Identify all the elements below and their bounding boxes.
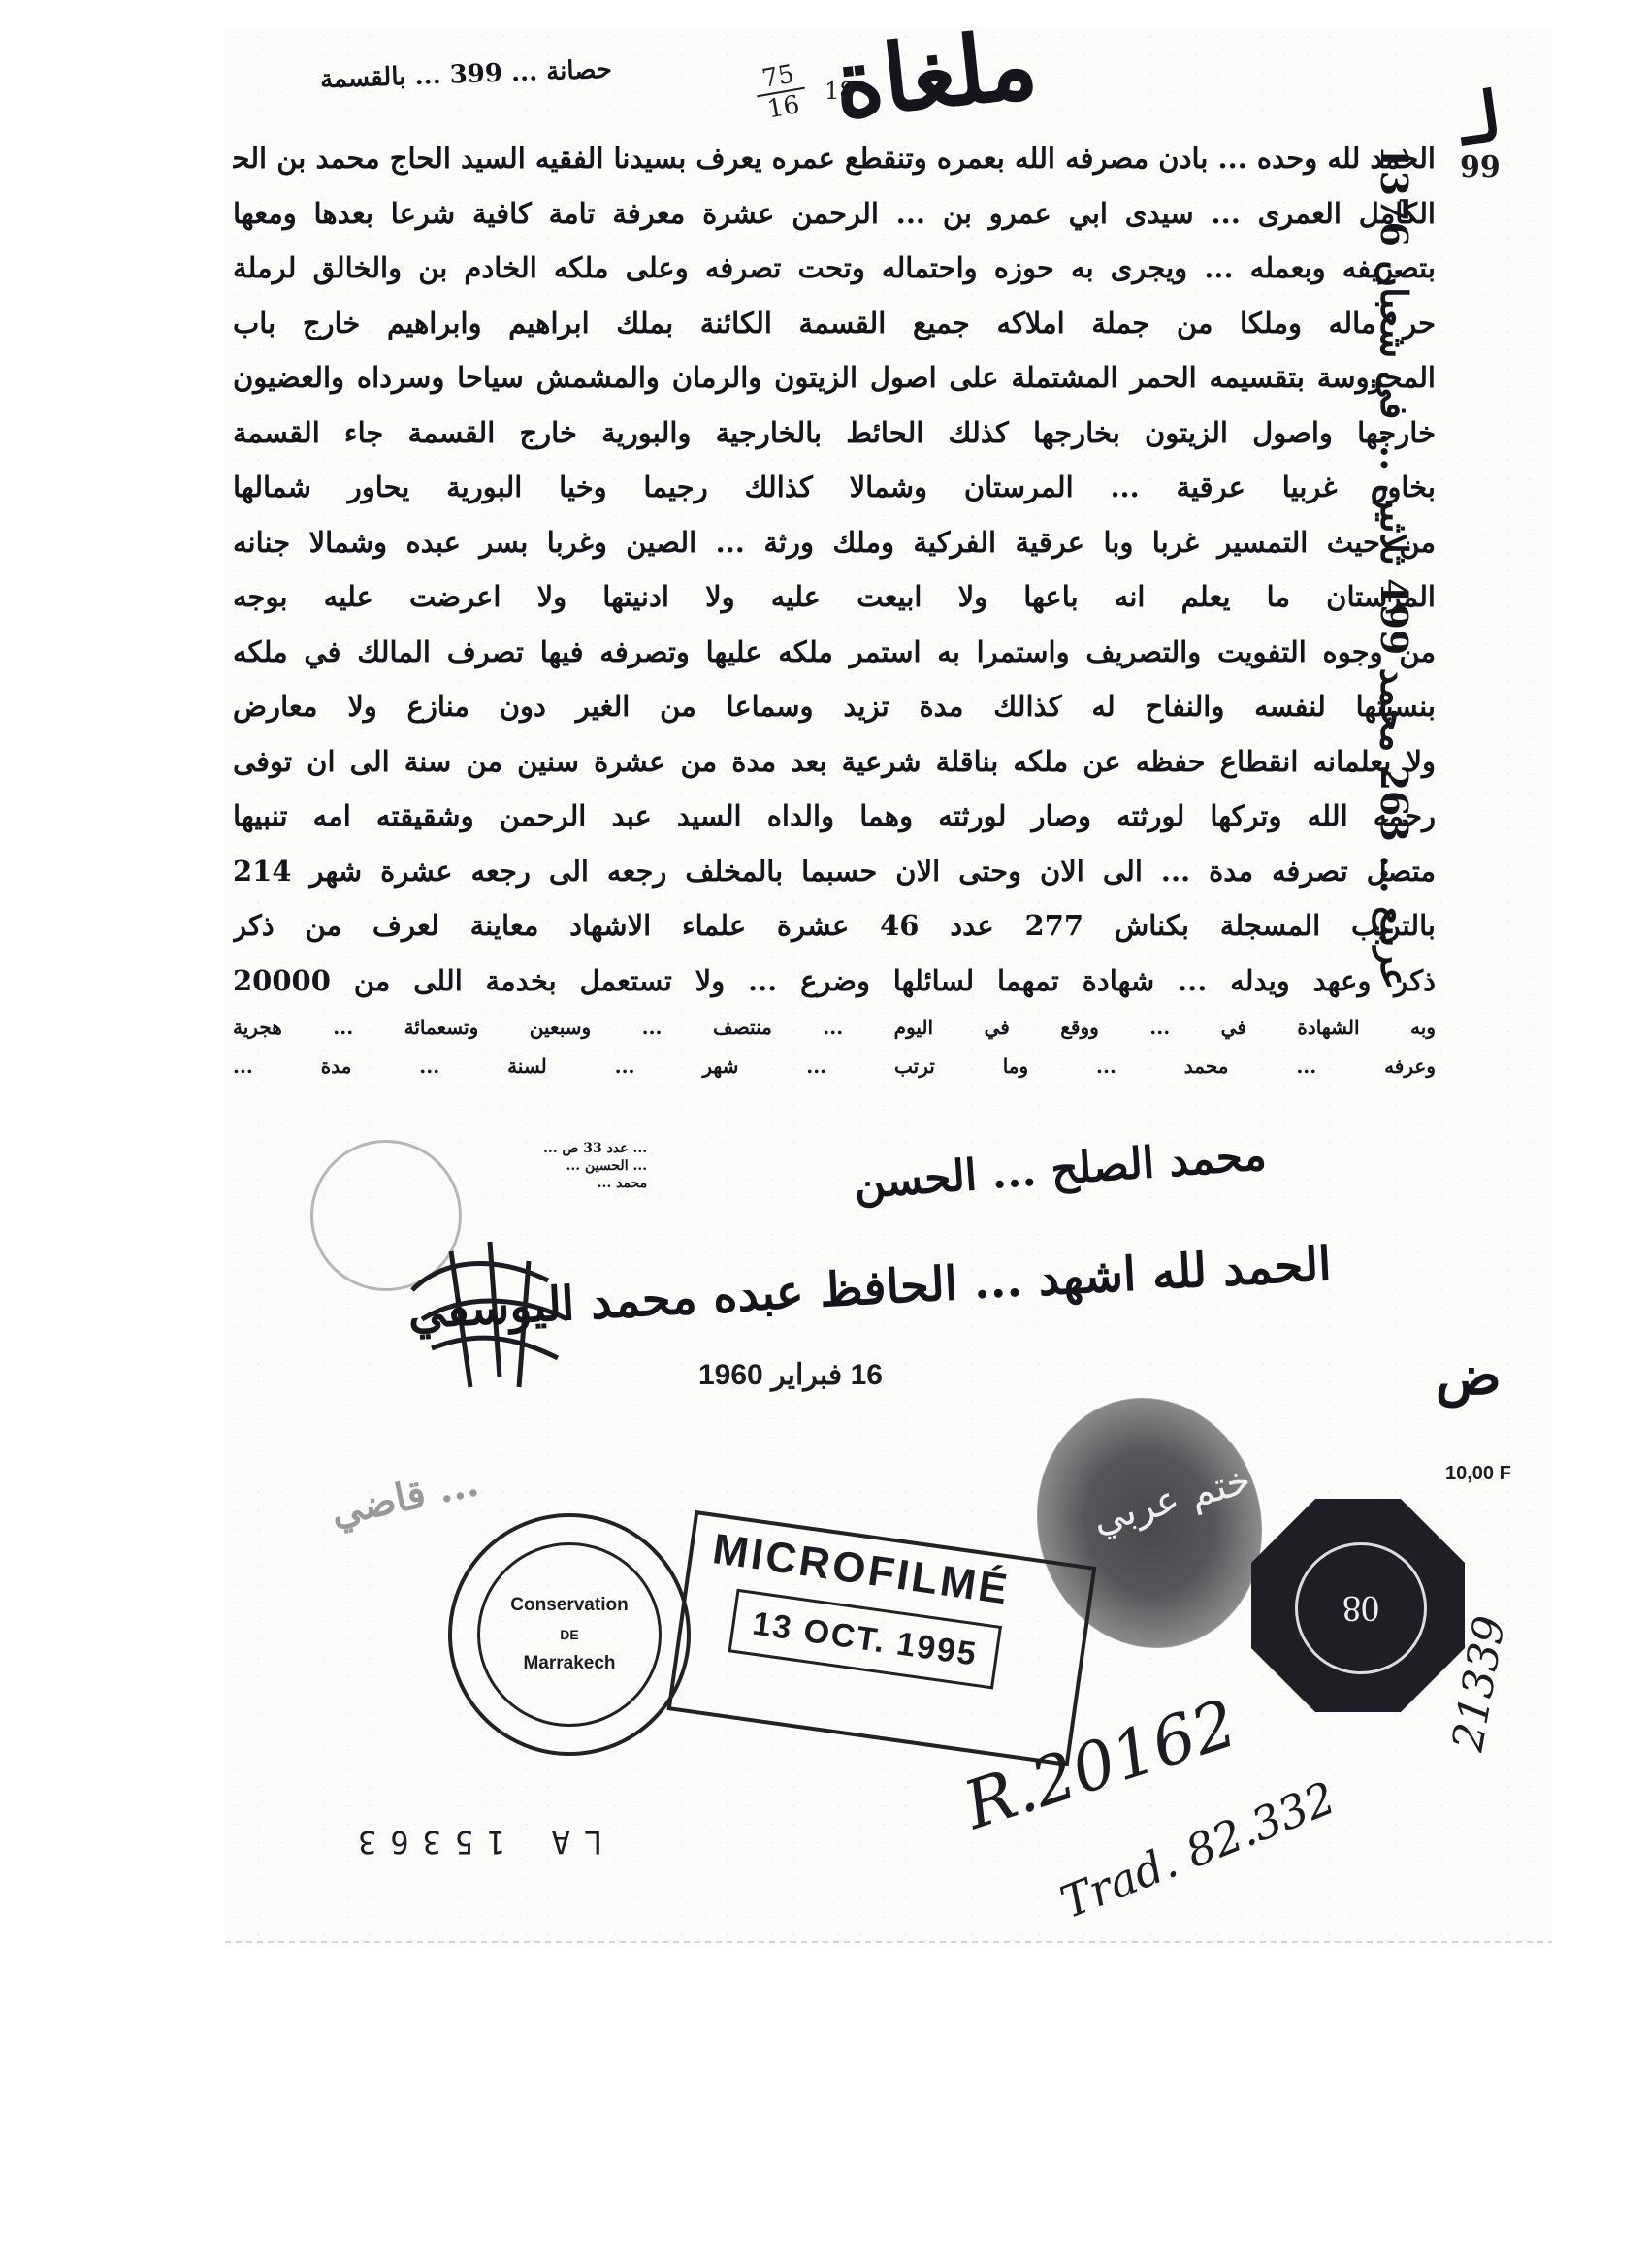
folio-top: 75 [760, 60, 796, 94]
margin-note: عربيع ... 263 محمد 499 ثلاثين ... في شعب… [1372, 698, 1416, 989]
body-line: الحمد لله وحده ... بادن مصرفه الله بعمره… [233, 131, 1436, 186]
body-line: بنسبتها لنفسه والنفاح له كذالك مدة تزيد … [233, 679, 1436, 734]
body-line: خارجها واصول الزيتون بخارجها كذلك الحائط… [233, 405, 1436, 461]
body-line: بالتريب المسجلة بكناش 277 عدد 46 عشرة عل… [233, 898, 1436, 954]
body-line: متصل تصرفه مدة ... الى الان وحتى الان حس… [233, 844, 1436, 899]
body-line: بتصريفه وبعمله ... ويجرى به حوزه واحتمال… [233, 241, 1436, 296]
body-line: رحمه الله وتركها لورثته وصار لورثته وهما… [233, 789, 1436, 844]
corner-initial: ض [1436, 1344, 1502, 1408]
stamp-price: 10,00 F [1445, 1463, 1511, 1485]
corner-number: 99 [1460, 150, 1501, 184]
body-line: الكامل العمرى ... سيدى ابي عمرو بن ... ا… [233, 186, 1436, 242]
date-stamp: 16 فبراير 1960 [698, 1358, 883, 1392]
folio-small: 18 [824, 78, 855, 105]
notary-small-text: ... عدد 33 ص ... ... الحسين ... محمد ... [543, 1140, 647, 1192]
body-line: وبه الشهادة في ... ووقع في اليوم ... منت… [233, 1008, 1436, 1047]
folio-fraction: 75 16 [752, 58, 810, 126]
body-line: حر ماله وملكا من جملة املاكه جميع القسمة… [233, 296, 1436, 351]
revenue-stamp: 08 [1251, 1499, 1465, 1712]
folio-bottom: 16 [765, 90, 802, 124]
body-line: المرستان ما يعلم انه باعها ولا ابيعت علي… [233, 569, 1436, 625]
conservation-stamp: Conservation DE Marrakech [448, 1513, 691, 1756]
body-line: من وجوه التفويت والتصريف واستمرا به استم… [233, 625, 1436, 680]
body-line: ولا يعلمانه انقطاع حفظه عن ملكه بناقلة ش… [233, 734, 1436, 790]
document-title: ملغاة [829, 9, 1043, 139]
archive-number: LA 15363 [344, 1824, 602, 1861]
body-line: المحروسة بتقسيمه الحمر المشتملة على اصول… [233, 350, 1436, 405]
deed-body: الحمد لله وحده ... بادن مصرفه الله بعمره… [233, 131, 1436, 1085]
body-line: من حيث التمسير غربا وبا عرقية الفركية وم… [233, 515, 1436, 570]
body-line: ذكر وعهد ويدله ... شهادة تمهما لسائلها و… [233, 954, 1436, 1009]
body-line: وعرفه ... محمد ... وما ترتب ... شهر ... … [233, 1047, 1436, 1085]
body-line: بخاور غربيا عرقية ... المرستان وشمالا كذ… [233, 460, 1436, 515]
